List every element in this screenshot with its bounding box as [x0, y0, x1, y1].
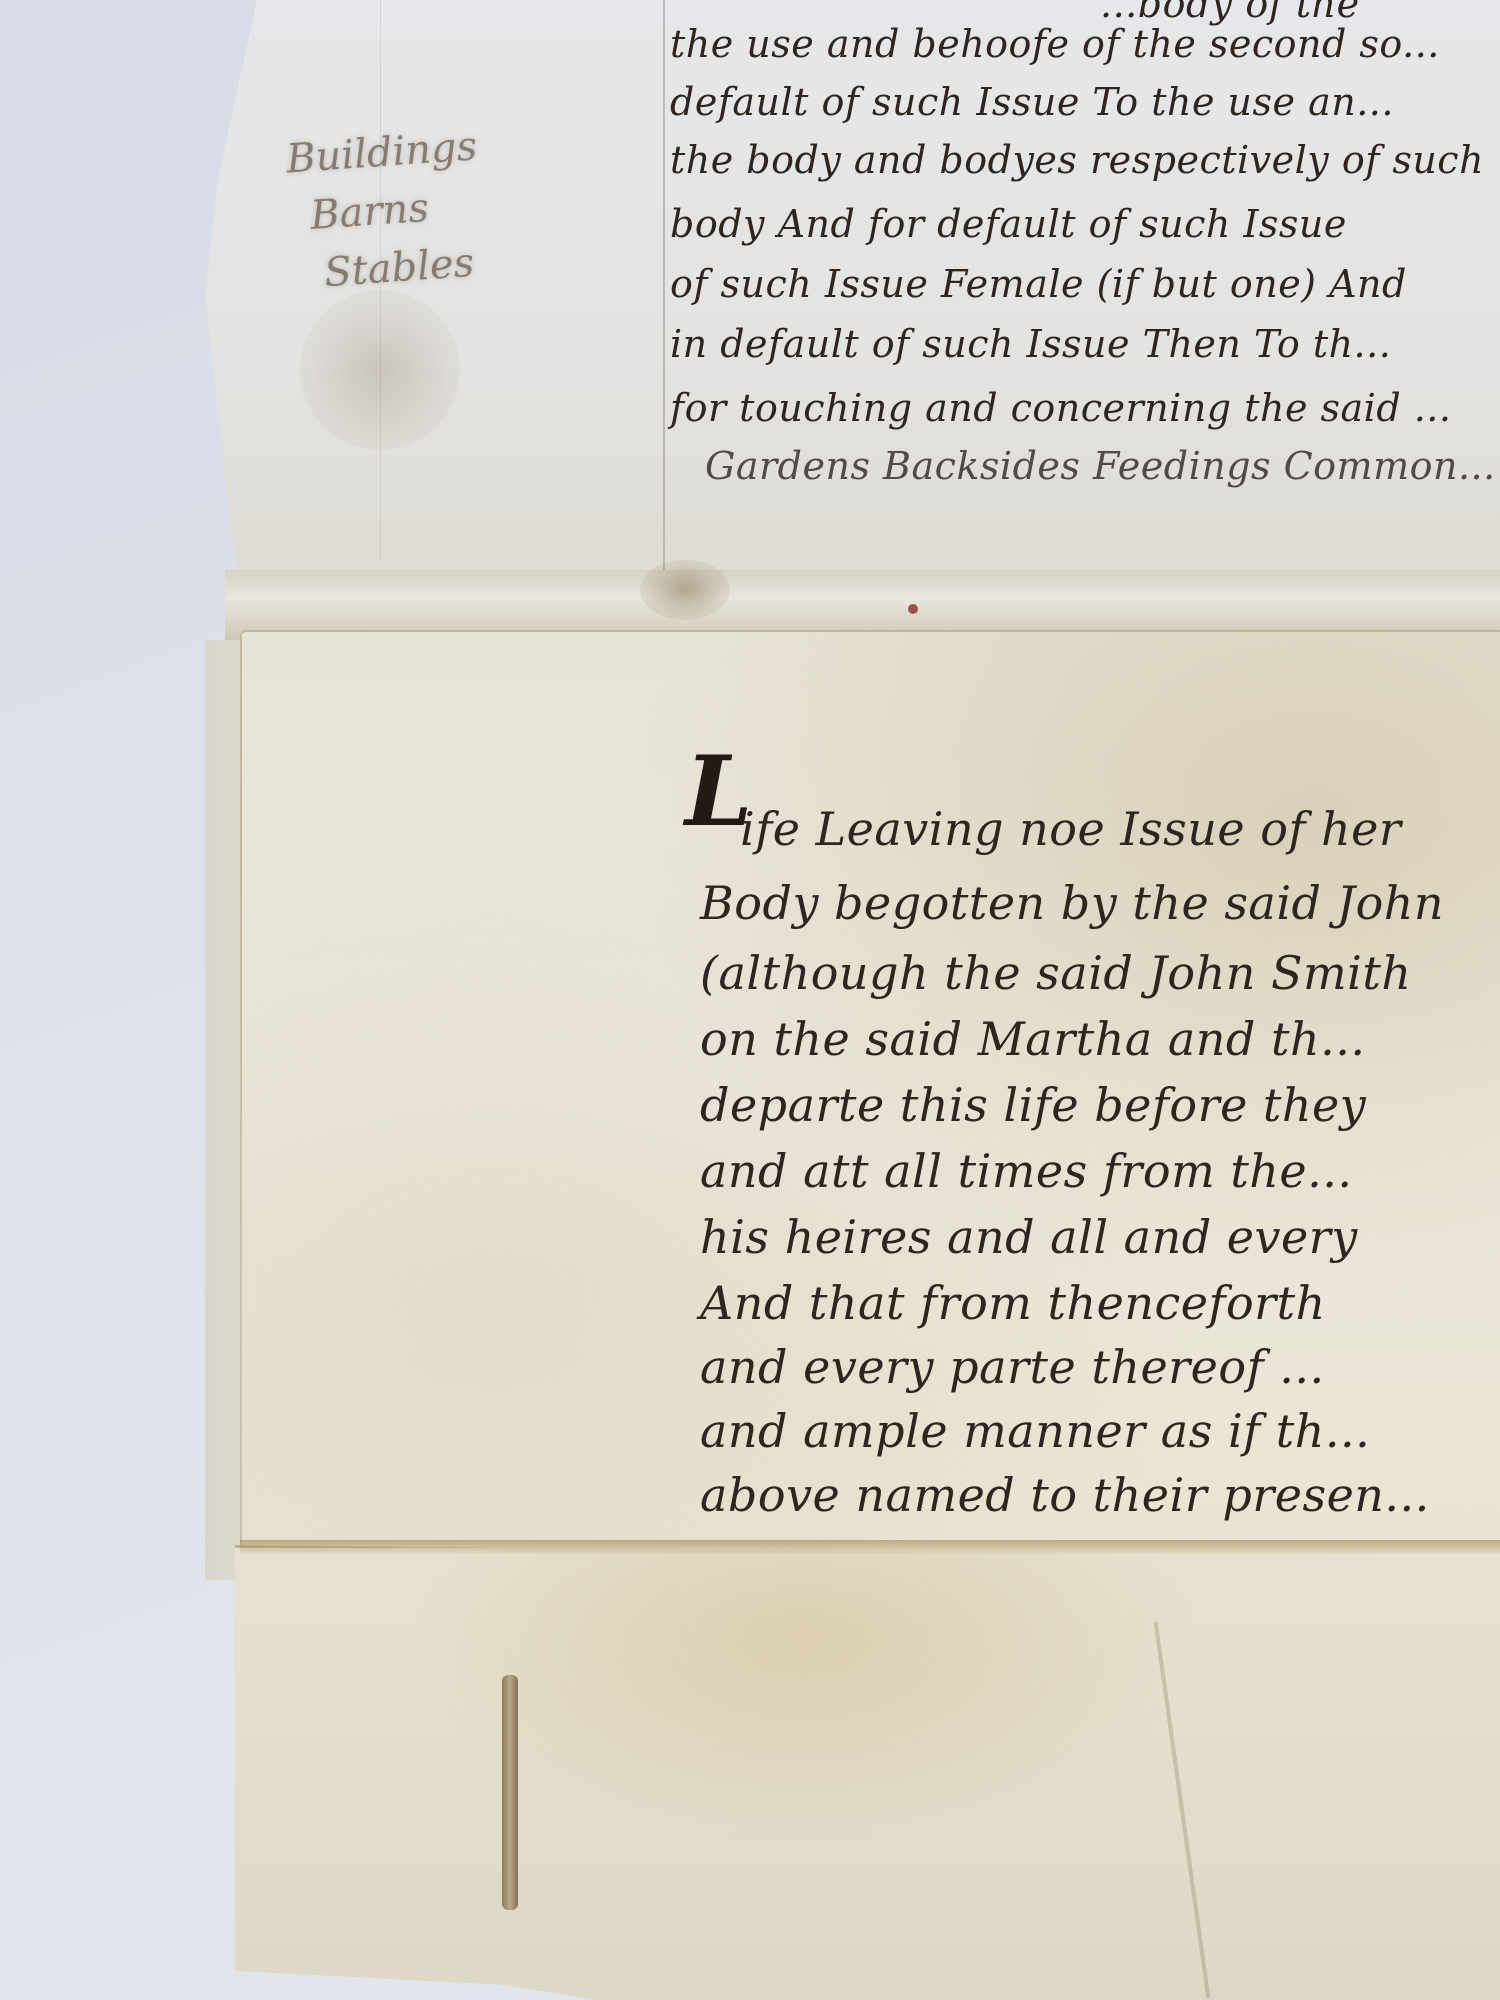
text-line: above named to their presen...	[700, 1468, 1430, 1522]
text-line: in default of such Issue Then To th...	[670, 322, 1391, 366]
text-line: departe this life before they	[700, 1078, 1366, 1132]
marginal-note: Buildings Barns Stables	[284, 110, 595, 305]
text-line: (although the said John Smith	[700, 946, 1411, 1000]
text-line: and ample manner as if th...	[700, 1404, 1370, 1458]
red-wax-spot	[908, 604, 918, 614]
text-line: and att all times from the...	[700, 1144, 1353, 1198]
text-line: the use and behoofe of the second so...	[670, 22, 1440, 66]
text-line: for touching and concerning the said ...	[670, 386, 1451, 430]
text-line: his heires and all and every	[700, 1210, 1358, 1264]
text-line: body And for default of such Issue	[670, 202, 1347, 246]
text-line: ife Leaving noe Issue of her	[740, 802, 1401, 856]
panel-edge	[205, 640, 245, 1580]
bottom-turned-tab	[235, 1545, 1500, 2000]
tab-fold-edge	[240, 1540, 1500, 1554]
faded-stain	[300, 290, 460, 450]
text-line: Gardens Backsides Feedings Common...	[705, 444, 1496, 488]
text-line: on the said Martha and th...	[700, 1012, 1365, 1066]
text-line: Body begotten by the said John	[700, 876, 1444, 930]
ink-stain	[640, 560, 730, 620]
margin-ruling-line	[663, 0, 665, 600]
text-line: and every parte thereof ...	[700, 1340, 1325, 1394]
text-line: the body and bodyes respectively of such	[670, 138, 1484, 182]
text-line: default of such Issue To the use an...	[670, 80, 1394, 124]
text-line: And that from thenceforth	[700, 1276, 1326, 1330]
text-line: of such Issue Female (if but one) And	[670, 262, 1407, 306]
seal-tag-slit	[502, 1675, 518, 1910]
